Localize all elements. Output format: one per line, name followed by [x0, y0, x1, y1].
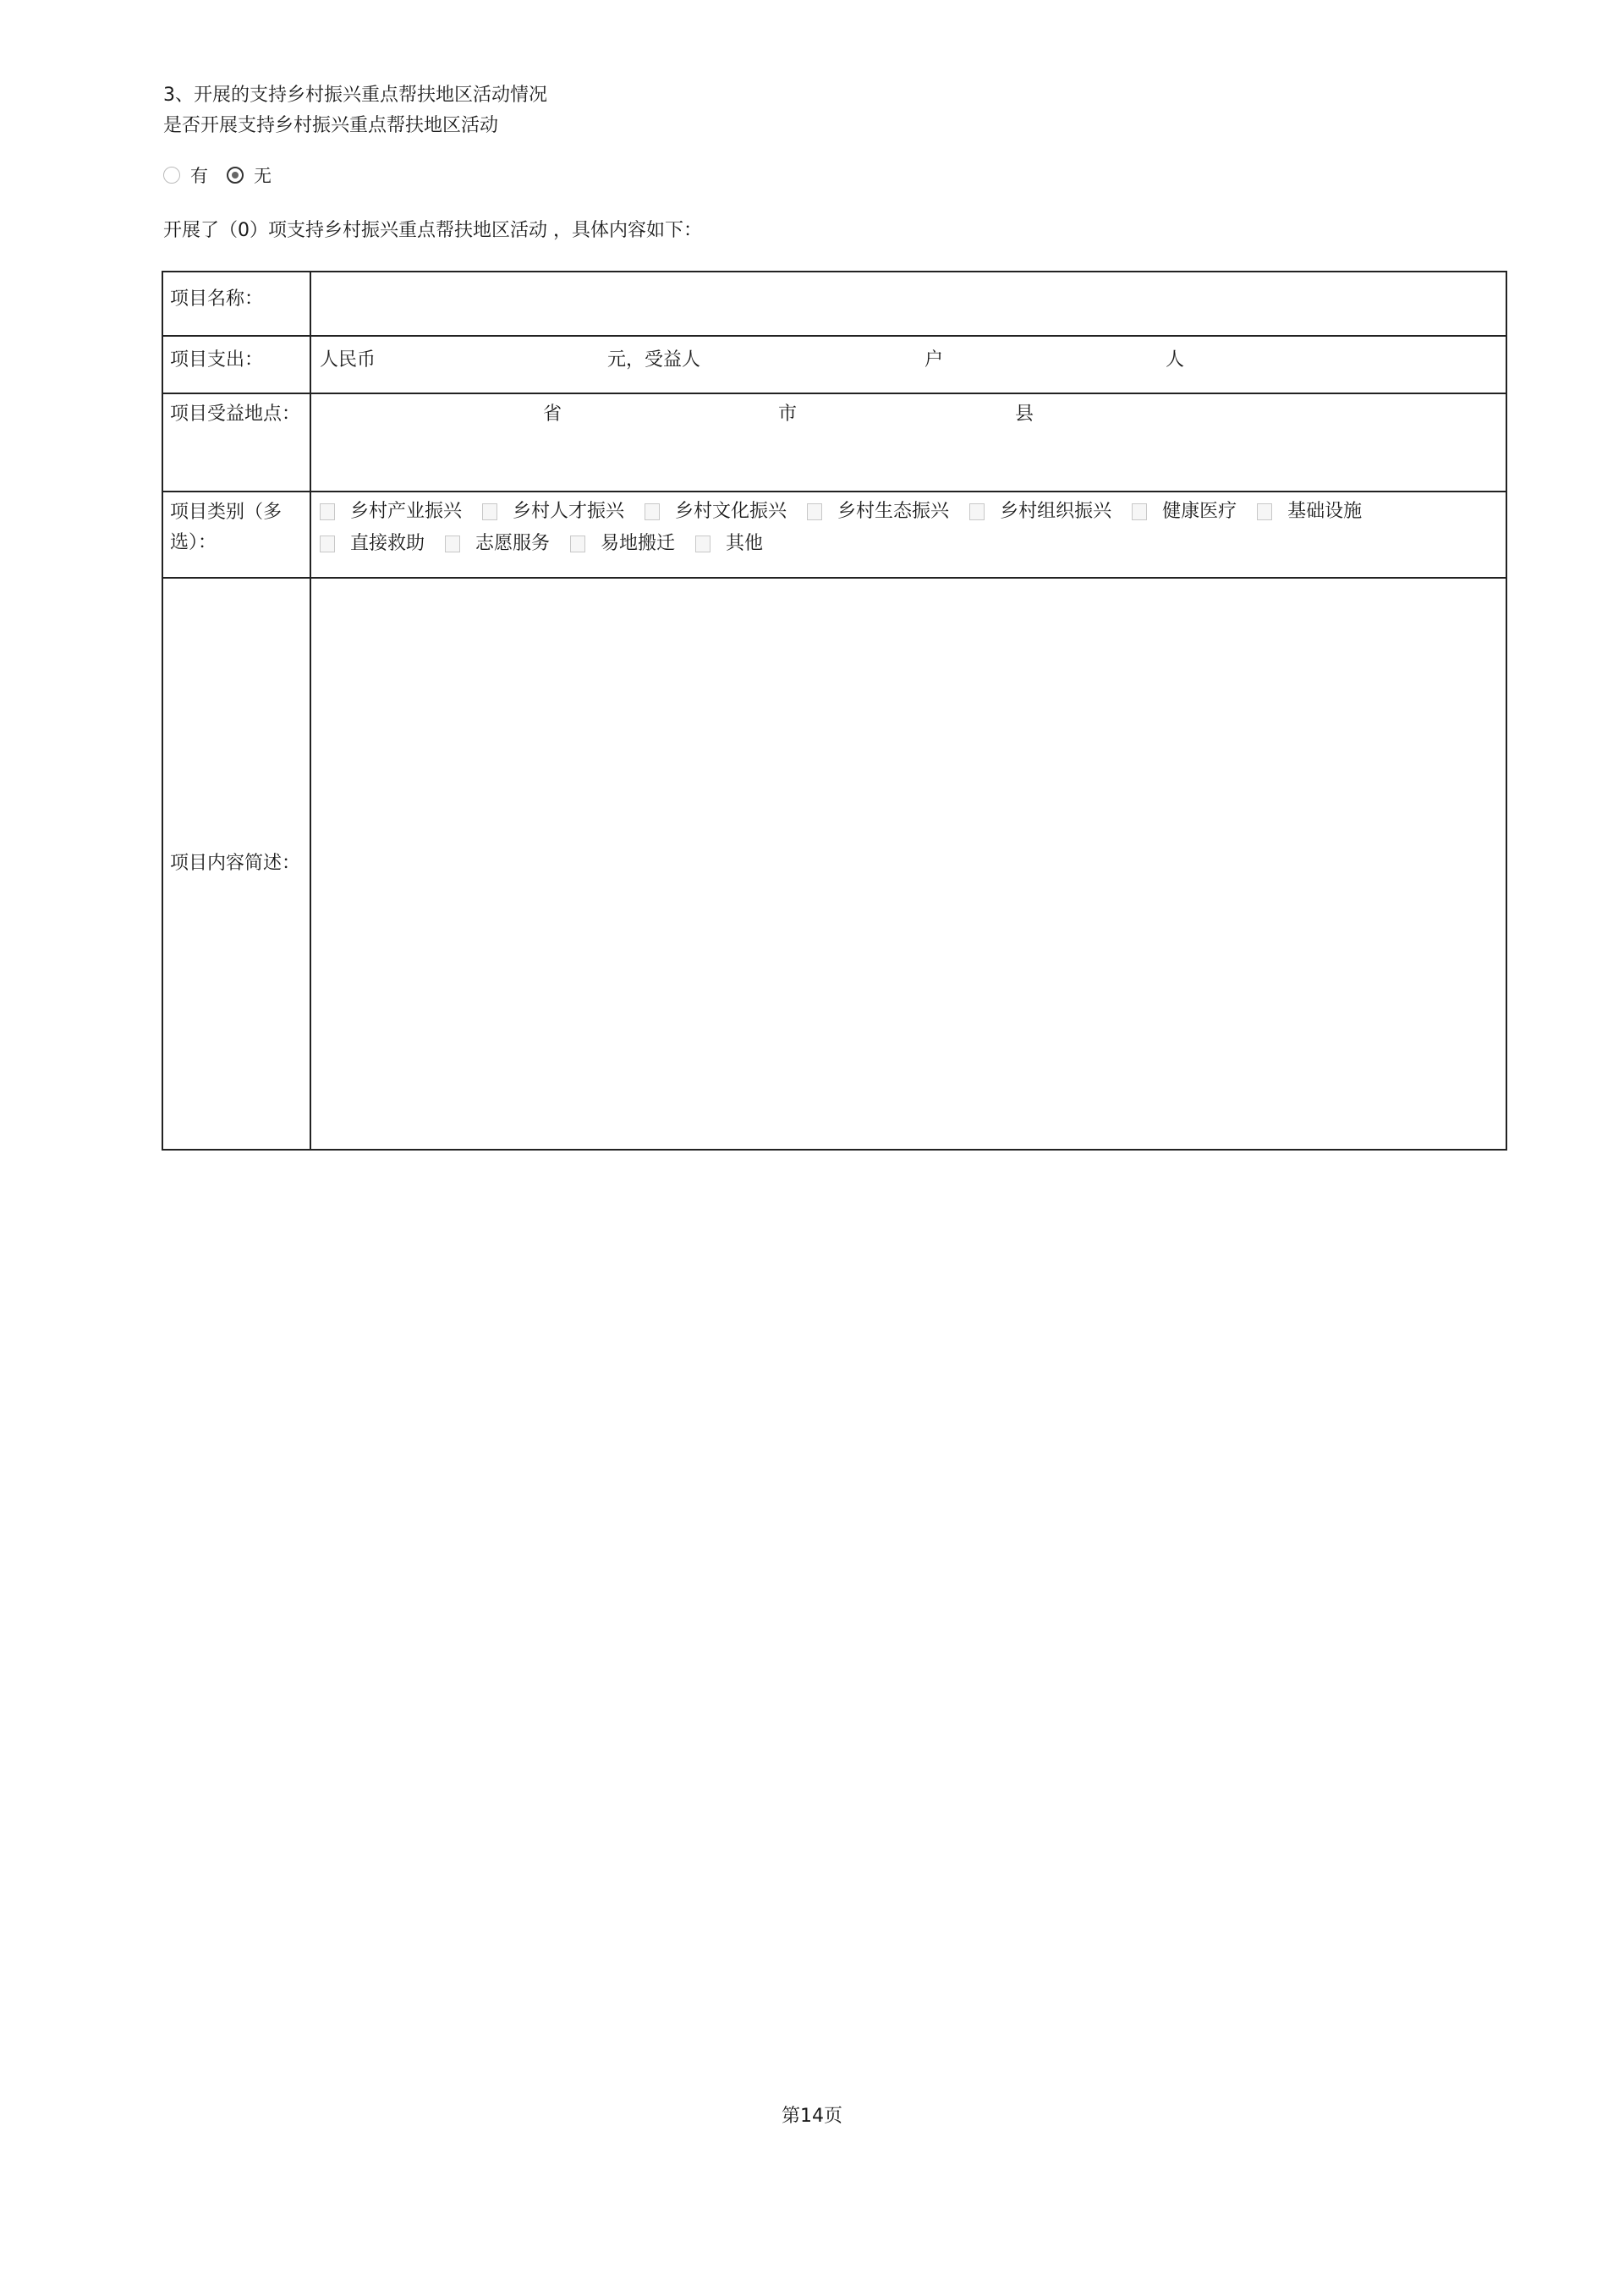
row-project-name: 项目名称： — [162, 272, 1506, 336]
project-type-option[interactable]: 直接救助 — [320, 530, 425, 558]
households-unit: 户 — [924, 345, 943, 371]
people-unit: 人 — [1166, 345, 1184, 371]
project-description-field[interactable] — [310, 578, 1506, 1150]
checkbox-icon[interactable] — [482, 503, 497, 520]
activity-radio-group: 有 无 — [163, 162, 290, 188]
project-type-option-label: 健康医疗 — [1162, 497, 1237, 526]
project-type-option-label: 乡村文化振兴 — [675, 497, 787, 526]
project-name-label: 项目名称： — [162, 272, 310, 336]
cost-unit: 元，受益人 — [607, 345, 700, 371]
project-type-option[interactable]: 基础设施 — [1257, 497, 1362, 526]
project-name-field[interactable] — [310, 272, 1506, 336]
project-type-option[interactable]: 志愿服务 — [445, 530, 550, 558]
project-place-label: 项目受益地点： — [162, 393, 310, 492]
checkbox-icon[interactable] — [320, 536, 335, 552]
city-unit: 市 — [778, 399, 797, 426]
project-type-option-label: 其他 — [726, 530, 763, 558]
radio-checked-icon[interactable] — [227, 167, 244, 184]
project-type-option-label: 乡村生态振兴 — [837, 497, 949, 526]
checkbox-icon[interactable] — [695, 536, 710, 552]
row-project-cost: 项目支出： 人民币 元，受益人 户 人 — [162, 336, 1506, 393]
checkbox-icon[interactable] — [445, 536, 460, 552]
project-type-option[interactable]: 乡村文化振兴 — [645, 497, 787, 526]
checkbox-icon[interactable] — [645, 503, 660, 520]
checkbox-icon[interactable] — [1257, 503, 1272, 520]
checkbox-icon[interactable] — [969, 503, 985, 520]
project-type-field: 乡村产业振兴乡村人才振兴乡村文化振兴乡村生态振兴乡村组织振兴健康医疗基础设施直接… — [310, 492, 1506, 578]
radio-label-yes: 有 — [190, 162, 208, 188]
project-type-option[interactable]: 乡村生态振兴 — [807, 497, 949, 526]
activity-summary: 开展了（0）项支持乡村振兴重点帮扶地区活动 ，具体内容如下： — [163, 216, 702, 242]
row-project-type: 项目类别（多选）： 乡村产业振兴乡村人才振兴乡村文化振兴乡村生态振兴乡村组织振兴… — [162, 492, 1506, 578]
section-title: 3、开展的支持乡村振兴重点帮扶地区活动情况 — [163, 80, 547, 111]
project-type-option[interactable]: 易地搬迁 — [570, 530, 675, 558]
checkbox-icon[interactable] — [570, 536, 585, 552]
project-cost-label: 项目支出： — [162, 336, 310, 393]
project-type-option-label: 直接救助 — [350, 530, 425, 558]
project-type-option-label: 基础设施 — [1287, 497, 1362, 526]
checkbox-icon[interactable] — [1132, 503, 1147, 520]
project-type-option[interactable]: 乡村人才振兴 — [482, 497, 624, 526]
project-type-option[interactable]: 其他 — [695, 530, 763, 558]
project-type-option[interactable]: 乡村产业振兴 — [320, 497, 462, 526]
project-type-option[interactable]: 健康医疗 — [1132, 497, 1237, 526]
project-type-option-label: 易地搬迁 — [601, 530, 675, 558]
radio-label-no: 无 — [254, 162, 272, 188]
section-heading: 3、开展的支持乡村振兴重点帮扶地区活动情况 是否开展支持乡村振兴重点帮扶地区活动 — [163, 80, 547, 141]
project-type-option[interactable]: 乡村组织振兴 — [969, 497, 1111, 526]
project-cost-field[interactable]: 人民币 元，受益人 户 人 — [310, 336, 1506, 393]
project-description-label: 项目内容简述： — [162, 578, 310, 1150]
project-form-table: 项目名称： 项目支出： 人民币 元，受益人 户 人 项目受益地点： 省 市 县 … — [162, 271, 1507, 1151]
radio-unchecked-icon[interactable] — [163, 167, 180, 184]
checkbox-icon[interactable] — [807, 503, 822, 520]
project-type-option-label: 志愿服务 — [475, 530, 550, 558]
row-project-place: 项目受益地点： 省 市 县 — [162, 393, 1506, 492]
section-question: 是否开展支持乡村振兴重点帮扶地区活动 — [163, 111, 547, 141]
page-number: 第14页 — [0, 2101, 1624, 2128]
province-unit: 省 — [543, 399, 562, 426]
project-type-option-label: 乡村组织振兴 — [1000, 497, 1111, 526]
project-place-field[interactable]: 省 市 县 — [310, 393, 1506, 492]
checkbox-icon[interactable] — [320, 503, 335, 520]
project-type-option-label: 乡村人才振兴 — [513, 497, 624, 526]
project-type-option-label: 乡村产业振兴 — [350, 497, 462, 526]
radio-option-no[interactable]: 无 — [227, 162, 272, 188]
county-unit: 县 — [1015, 399, 1034, 426]
currency-prefix: 人民币 — [320, 345, 376, 371]
row-project-description: 项目内容简述： — [162, 578, 1506, 1150]
project-type-label: 项目类别（多选）： — [162, 492, 310, 578]
radio-option-yes[interactable]: 有 — [163, 162, 208, 188]
